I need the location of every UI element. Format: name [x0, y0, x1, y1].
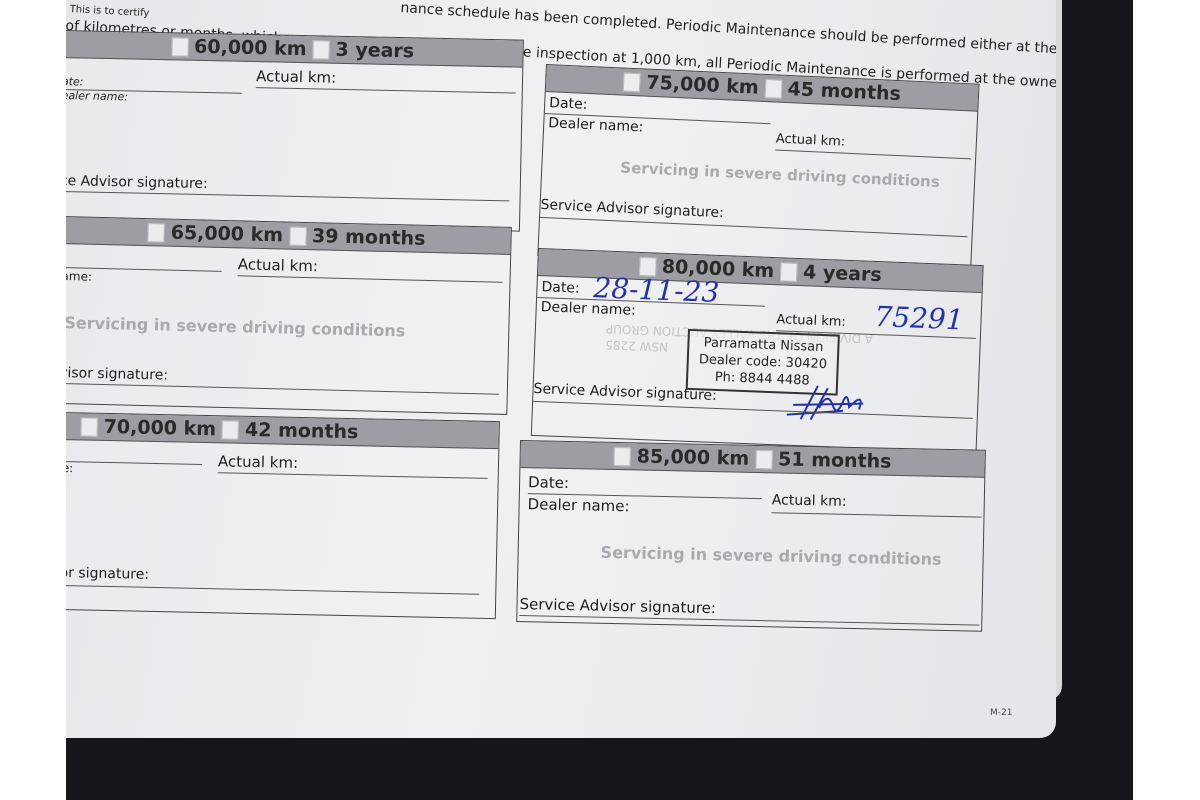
- actual-km-label: Actual km:: [772, 492, 847, 510]
- actual-km-label: Actual km:: [775, 132, 845, 150]
- interval-km: 70,000 km: [103, 416, 216, 440]
- service-card-80000: 80,000 km 4 years Date: 28-11-23 Dealer …: [531, 248, 984, 453]
- signature-line: [519, 615, 979, 626]
- km-checkbox[interactable]: [623, 72, 641, 92]
- signature-line: [66, 585, 479, 595]
- time-checkbox[interactable]: [312, 40, 329, 59]
- interval-km: 75,000 km: [646, 72, 759, 99]
- actual-km-label: Actual km:: [218, 452, 298, 472]
- service-card-70000: 70,000 km 42 months e: Actual km: or sig…: [66, 412, 500, 619]
- handwritten-actual-km: 75291: [874, 300, 964, 336]
- service-booklet-page: This is to certify nance schedule has be…: [66, 0, 1056, 738]
- interval-km: 65,000 km: [170, 222, 283, 247]
- km-checkbox[interactable]: [81, 417, 98, 436]
- service-card-85000: 85,000 km 51 months Date: Dealer name: A…: [516, 440, 986, 632]
- severe-conditions-note: Servicing in severe driving conditions: [620, 158, 940, 190]
- dealer-name-label: ealer name:: [66, 89, 128, 103]
- interval-km: 85,000 km: [637, 445, 750, 469]
- date-line: [66, 461, 202, 465]
- interval-time: 4 years: [803, 261, 882, 286]
- intro-text-fragment: This is to certify: [69, 4, 149, 19]
- signature-line: [66, 383, 499, 395]
- bleed-through-text: NSW 2285: [605, 338, 668, 354]
- signature-label: Service Advisor signature:: [519, 595, 716, 617]
- signature-label: ce Advisor signature:: [66, 173, 208, 192]
- actual-km-line: [775, 149, 971, 159]
- time-checkbox[interactable]: [289, 226, 306, 245]
- actual-km-line: [256, 87, 516, 93]
- signature-line: [540, 217, 968, 237]
- service-interval-header: 60,000 km 3 years: [66, 31, 523, 68]
- actual-km-line: [238, 275, 503, 282]
- advisor-signature: [782, 379, 874, 426]
- dealer-name-label: Dealer name:: [527, 495, 629, 515]
- date-label: Date:: [541, 279, 580, 296]
- date-label: ate:: [66, 75, 84, 88]
- signature-line: [533, 401, 973, 419]
- interval-time: 51 months: [778, 448, 892, 472]
- date-label: Date:: [528, 473, 569, 492]
- date-label: Date:: [549, 95, 588, 113]
- service-card-65000: 65,000 km 39 months Actual km: ame: Serv…: [66, 216, 512, 415]
- time-checkbox[interactable]: [780, 262, 798, 282]
- interval-time: 3 years: [335, 39, 414, 63]
- actual-km-line: [218, 472, 488, 479]
- km-checkbox[interactable]: [171, 37, 188, 56]
- page-number: M-21: [990, 708, 1012, 718]
- dealer-name-label: Dealer name:: [540, 299, 636, 319]
- severe-conditions-note: Servicing in severe driving conditions: [600, 543, 941, 569]
- signature-line: [66, 191, 510, 201]
- severe-conditions-note: Servicing in severe driving conditions: [66, 313, 406, 340]
- km-checkbox[interactable]: [614, 446, 631, 465]
- actual-km-label: Actual km:: [238, 255, 319, 275]
- actual-km-label: Actual km:: [776, 312, 846, 330]
- signature-label: or signature:: [66, 565, 149, 583]
- interval-time: 42 months: [245, 419, 359, 443]
- signature-label: visor signature:: [66, 365, 168, 384]
- km-checkbox[interactable]: [148, 223, 165, 242]
- interval-time: 39 months: [312, 225, 426, 250]
- actual-km-line: [772, 512, 982, 517]
- service-card-60000: 60,000 km 3 years ate: Actual km: ealer …: [66, 30, 524, 232]
- service-card-75000: 75,000 km 45 months Date: Dealer name: A…: [537, 64, 979, 275]
- time-checkbox[interactable]: [764, 78, 782, 98]
- time-checkbox[interactable]: [755, 449, 772, 468]
- service-interval-header: 70,000 km 42 months: [66, 413, 499, 449]
- interval-time: 45 months: [787, 78, 901, 105]
- actual-km-label: Actual km:: [256, 67, 336, 87]
- date-label: e:: [66, 461, 73, 475]
- interval-km: 60,000 km: [194, 36, 307, 60]
- dealer-name-label: ame:: [66, 269, 92, 284]
- dealer-name-label: Dealer name:: [548, 115, 644, 135]
- time-checkbox[interactable]: [222, 420, 239, 439]
